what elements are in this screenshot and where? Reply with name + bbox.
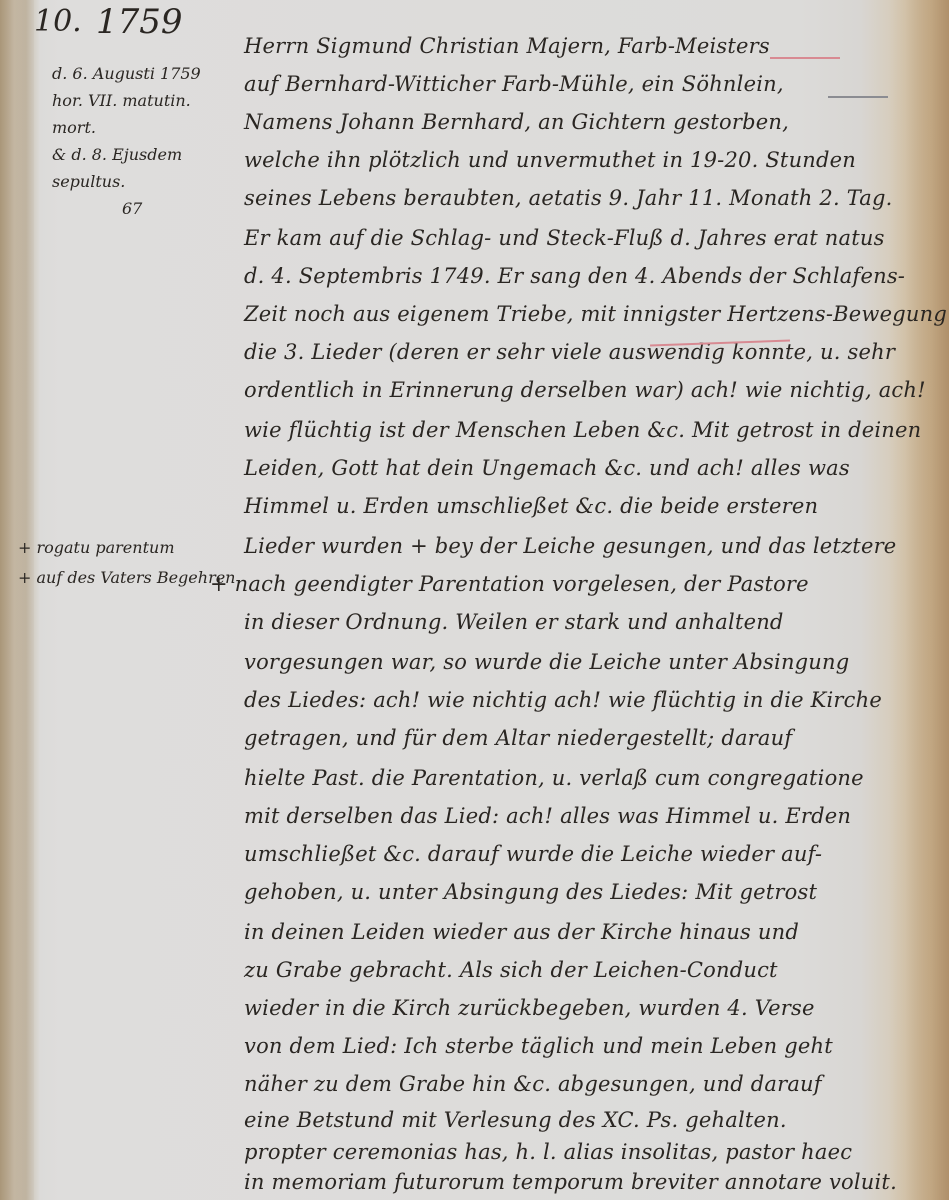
text-line: in memoriam futurorum temporum breviter … [244, 1170, 929, 1194]
text-line: ordentlich in Erinnerung derselben war) … [244, 378, 929, 402]
text-line: von dem Lied: Ich sterbe täglich und mei… [244, 1034, 929, 1058]
text-line: getragen, und für dem Altar niedergestel… [244, 726, 929, 750]
text-line: des Liedes: ach! wie nichtig ach! wie fl… [244, 688, 929, 712]
text-line: näher zu dem Grabe hin &c. abgesungen, u… [244, 1072, 929, 1096]
text-line: auf Bernhard-Witticher Farb-Mühle, ein S… [244, 72, 929, 96]
margin-entry-note: d. 6. Augusti 1759 hor. VII. matutin. mo… [52, 60, 232, 222]
margin-annotation: + auf des Vaters Begehren [18, 568, 235, 587]
margin-note-line: hor. VII. matutin. mort. [52, 87, 232, 141]
text-line: gehoben, u. unter Absingung des Liedes: … [244, 880, 929, 904]
binding-gutter [0, 0, 34, 1200]
text-line: Er kam auf die Schlag- und Steck-Fluß d.… [244, 226, 929, 250]
entry-number: 10. [34, 4, 82, 39]
text-line: Zeit noch aus eigenem Triebe, mit innigs… [244, 302, 929, 326]
page-edge-stain [889, 0, 949, 1200]
text-line: zu Grabe gebracht. Als sich der Leichen-… [244, 958, 929, 982]
text-line: in dieser Ordnung. Weilen er stark und a… [244, 610, 929, 634]
text-line: eine Betstund mit Verlesung des XC. Ps. … [244, 1108, 929, 1132]
grey-pencil-underline [828, 96, 888, 98]
manuscript-page: 10. 1759 d. 6. Augusti 1759 hor. VII. ma… [0, 0, 949, 1200]
text-line: hielte Past. die Parentation, u. verlaß … [244, 766, 929, 790]
text-line: welche ihn plötzlich und unvermuthet in … [244, 148, 929, 172]
margin-note-line: sepultus. [52, 168, 232, 195]
text-line: Herrn Sigmund Christian Majern, Farb-Mei… [244, 34, 929, 58]
text-line: wie flüchtig ist der Menschen Leben &c. … [244, 418, 929, 442]
text-line: Himmel u. Erden umschließet &c. die beid… [244, 494, 929, 518]
text-line: mit derselben das Lied: ach! alles was H… [244, 804, 929, 828]
text-line: seines Lebens beraubten, aetatis 9. Jahr… [244, 186, 929, 210]
red-pencil-underline [770, 57, 840, 59]
text-line: die 3. Lieder (deren er sehr viele auswe… [244, 340, 929, 364]
margin-note-line: & d. 8. Ejusdem [52, 141, 232, 168]
margin-annotation: + rogatu parentum [18, 538, 174, 557]
margin-note-line: 67 [52, 195, 232, 222]
text-line: Lieder wurden + bey der Leiche gesungen,… [244, 534, 929, 558]
text-line: wieder in die Kirch zurückbegeben, wurde… [244, 996, 929, 1020]
text-line: umschließet &c. darauf wurde die Leiche … [244, 842, 929, 866]
entry-year: 1759 [96, 2, 183, 42]
text-line: Namens Johann Bernhard, an Gichtern gest… [244, 110, 929, 134]
text-line: + nach geendigter Parentation vorgelesen… [210, 572, 929, 596]
text-line: in deinen Leiden wieder aus der Kirche h… [244, 920, 929, 944]
text-line: Leiden, Gott hat dein Ungemach &c. und a… [244, 456, 929, 480]
text-line: propter ceremonias has, h. l. alias inso… [244, 1140, 929, 1164]
text-line: vorgesungen war, so wurde die Leiche unt… [244, 650, 929, 674]
margin-note-line: d. 6. Augusti 1759 [52, 60, 232, 87]
text-line: d. 4. Septembris 1749. Er sang den 4. Ab… [244, 264, 929, 288]
